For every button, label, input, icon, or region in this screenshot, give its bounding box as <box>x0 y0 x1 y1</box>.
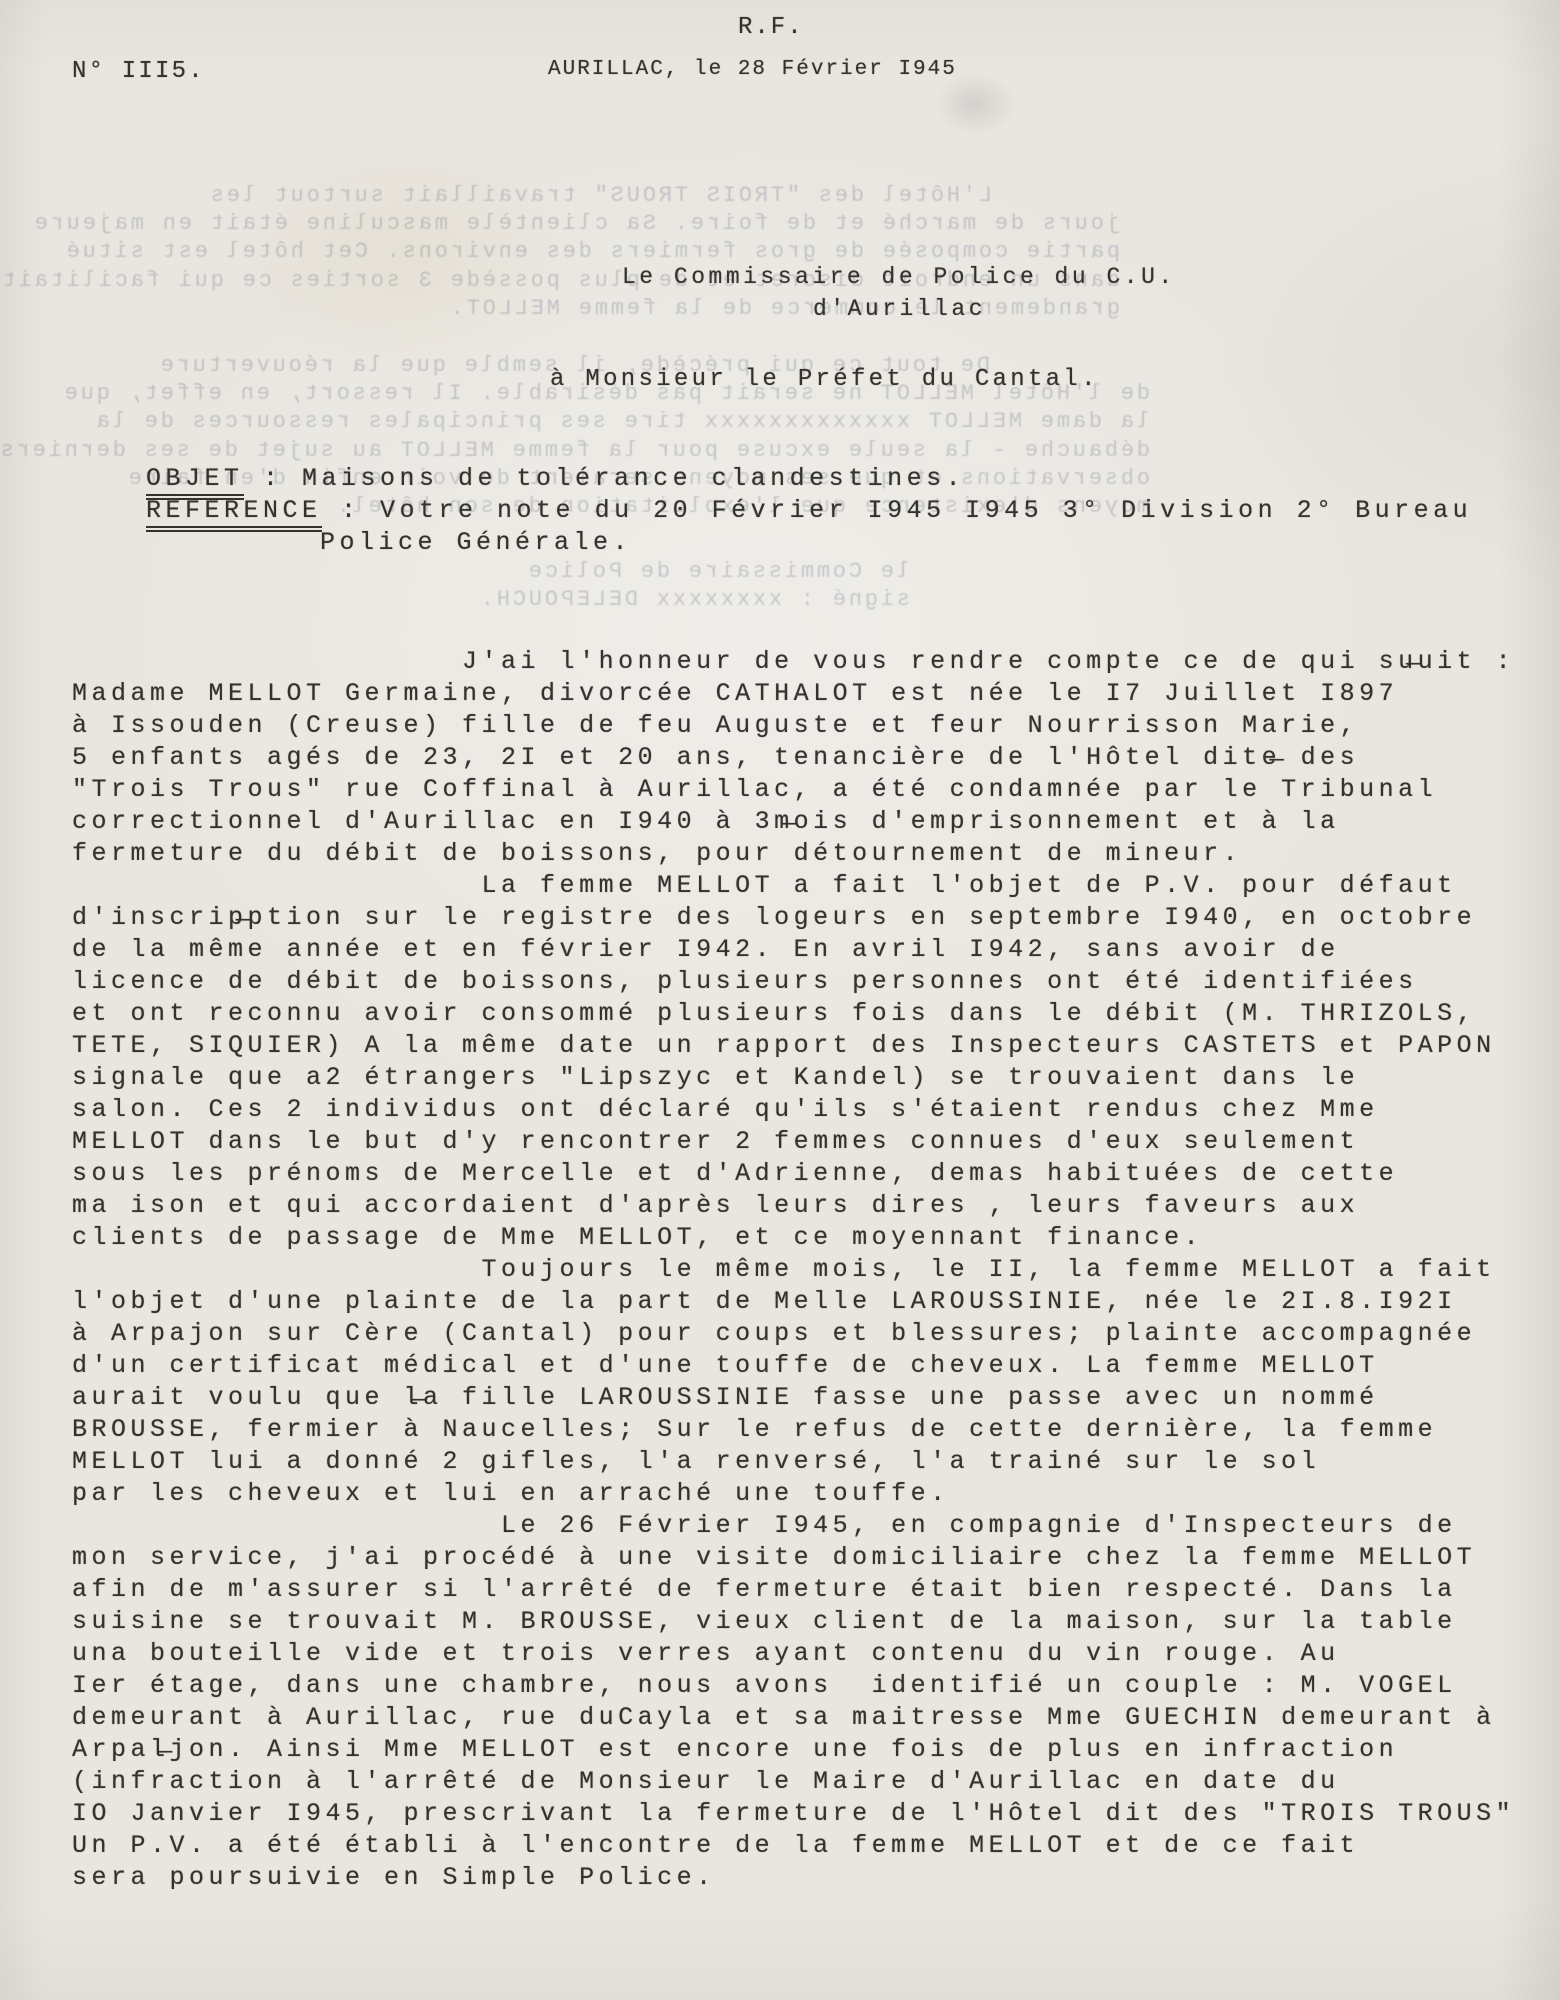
body-line: ma ison et qui accordaient d'après leurs… <box>72 1190 1515 1222</box>
bleedthrough-signature: le Commissaire de Policesigné : xxxxxxxx… <box>478 558 910 614</box>
recipient-line: à Monsieur le Préfet du Cantal. <box>550 366 1099 393</box>
body-line: (infraction à l'arrêté de Monsieur le Ma… <box>72 1766 1515 1798</box>
body-line: par les cheveux et lui en arraché une to… <box>72 1478 1515 1510</box>
subject-text: : Maisons de tolérance clandestines. <box>244 464 966 493</box>
place-and-date: AURILLAC, le 28 Février I945 <box>548 58 957 81</box>
bleed-line: jours de marché et de foire. Sa clientèl… <box>0 210 1120 238</box>
body-line: Toujours le même mois, le II, la femme M… <box>72 1254 1515 1286</box>
republic-initials: R.F. <box>738 14 804 41</box>
body-line: licence de débit de boissons, plusieurs … <box>72 966 1515 998</box>
bleed-line: la dame MELLOT xxxxxxxxxxxxx tire ses pr… <box>0 408 1150 436</box>
body-line: La femme MELLOT a fait l'objet de P.V. p… <box>72 870 1515 902</box>
body-line: una bouteille vide et trois verres ayant… <box>72 1638 1515 1670</box>
reference-text: : Votre note du 20 Février I945 I945 3° … <box>322 496 1473 525</box>
body-line: d'un certificat médical et d'une touffe … <box>72 1350 1515 1382</box>
body-line: signale que a2 étrangers "Lipszyc et Kan… <box>72 1062 1515 1094</box>
body-line: Arpal̶jon. Ainsi Mme MELLOT est encore u… <box>72 1734 1515 1766</box>
body-line: Un P.V. a été établi à l'encontre de la … <box>72 1830 1515 1862</box>
reference-line: REFERENCE : Votre note du 20 Février I94… <box>146 496 1472 525</box>
reference-label: REFERENCE <box>146 496 322 528</box>
subject-label: OBJET <box>146 464 244 496</box>
body-line: de la même année et en février I942. En … <box>72 934 1515 966</box>
body-line: clients de passage de Mme MELLOT, et ce … <box>72 1222 1515 1254</box>
body-line: MELLOT dans le but d'y rencontrer 2 femm… <box>72 1126 1515 1158</box>
body-line: à Arpajon sur Cère (Cantal) pour coups e… <box>72 1318 1515 1350</box>
body-line: demeurant à Aurillac, rue duCayla et sa … <box>72 1702 1515 1734</box>
bleed-line: débauche - la seule excuse pour la femme… <box>0 437 1150 465</box>
body-line: TETE, SIQUIER) A la même date un rapport… <box>72 1030 1515 1062</box>
body-line: afin de m'assurer si l'arrêté de fermetu… <box>72 1574 1515 1606</box>
body-line: salon. Ces 2 individus ont déclaré qu'il… <box>72 1094 1515 1126</box>
body-line: BROUSSE, fermier à Naucelles; Sur le ref… <box>72 1414 1515 1446</box>
body-line: MELLOT lui a donné 2 gifles, l'a renvers… <box>72 1446 1515 1478</box>
reference-line-2: Police Générale. <box>320 528 632 557</box>
bleed-line: partie composée de gros fermiers des env… <box>0 238 1120 266</box>
body-line: mon service, j'ai procédé à une visite d… <box>72 1542 1515 1574</box>
body-line: "Trois Trous" rue Coffinal à Aurillac, a… <box>72 774 1515 806</box>
body-line: l'objet d'une plainte de la part de Mell… <box>72 1286 1515 1318</box>
bleed-line: le Commissaire de Police <box>478 558 910 586</box>
body-line: IO Janvier I945, prescrivant la fermetur… <box>72 1798 1515 1830</box>
body-line: sous les prénoms de Mercelle et d'Adrien… <box>72 1158 1515 1190</box>
document-number: N° III5. <box>72 58 205 85</box>
body-line: Ier étage, dans une chambre, nous avons … <box>72 1670 1515 1702</box>
body-line: fermeture du débit de boissons, pour dét… <box>72 838 1515 870</box>
body-line: J'ai l'honneur de vous rendre compte ce … <box>72 646 1515 678</box>
body-line: Madame MELLOT Germaine, divorcée CATHALO… <box>72 678 1515 710</box>
body-line: d'inscrip̶ption sur le registre des loge… <box>72 902 1515 934</box>
bleed-line: signé : xxxxxxxx DELEPOUCH. <box>478 586 910 614</box>
body-line: sera poursuivie en Simple Police. <box>72 1862 1515 1894</box>
body-line: correctionnel d'Aurillac en I940 à 3m̶oi… <box>72 806 1515 838</box>
subject-line: OBJET : Maisons de tolérance clandestine… <box>146 464 965 493</box>
body-line: Le 26 Février I945, en compagnie d'Inspe… <box>72 1510 1515 1542</box>
body-line: suisine se trouvait M. BROUSSE, vieux cl… <box>72 1606 1515 1638</box>
letter-body: J'ai l'honneur de vous rendre compte ce … <box>72 646 1515 1894</box>
body-line: à Issouden (Creuse) fille de feu Auguste… <box>72 710 1515 742</box>
body-line: et ont reconnu avoir consommé plusieurs … <box>72 998 1515 1030</box>
body-line: 5 enfants agés de 23, 2I et 20 ans, tena… <box>72 742 1515 774</box>
sender-title-line2: d'Aurillac <box>813 296 986 322</box>
document-page: L'Hôtel des "TROIS TROUS" travaillait su… <box>0 0 1560 2000</box>
body-line: aurait voulu que l̶a fille LAROUSSINIE f… <box>72 1382 1515 1414</box>
bleed-line: L'Hôtel des "TROIS TROUS" travaillait su… <box>0 182 1120 210</box>
sender-title-line1: Le Commissaire de Police du C.U. <box>622 264 1176 290</box>
